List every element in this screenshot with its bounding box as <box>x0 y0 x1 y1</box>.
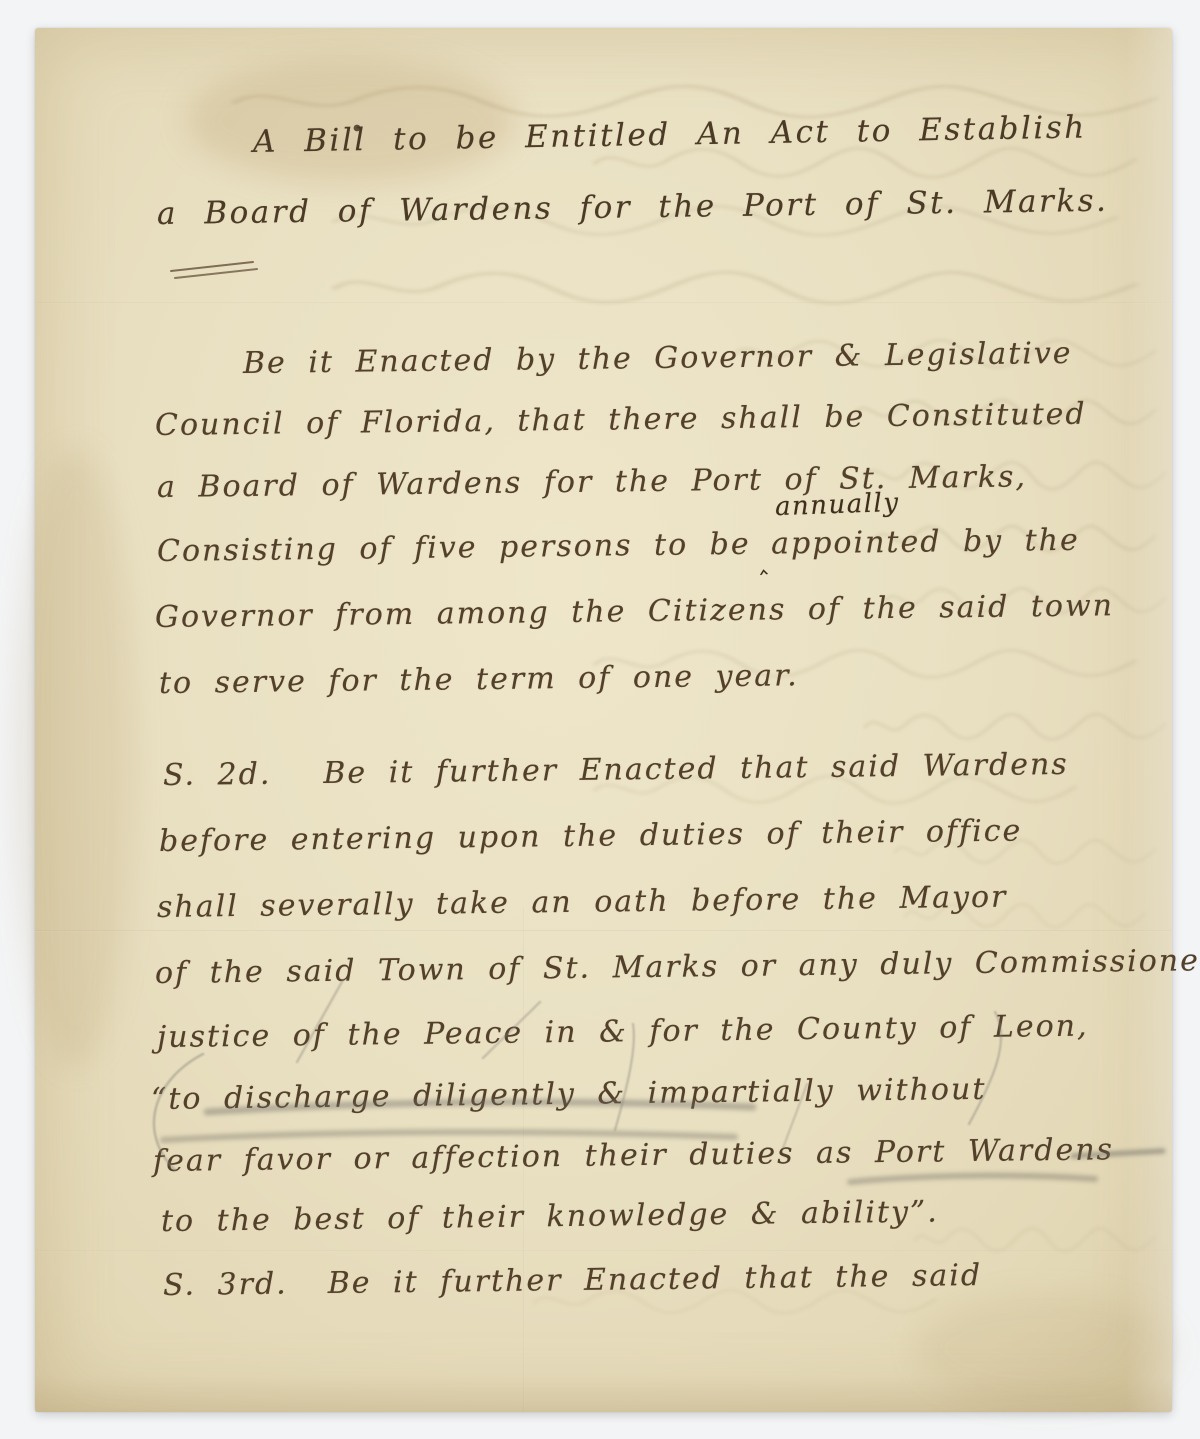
body-line: to serve for the term of one year. <box>159 658 799 701</box>
body-line: of the said Town of St. Marks or any dul… <box>155 943 1200 991</box>
paper-stain <box>15 448 135 1068</box>
line-text: Be it further Enacted that the said <box>328 1258 983 1301</box>
insertion-caret: ‸ <box>756 545 770 575</box>
title-line-2: a Board of Wardens for the Port of St. M… <box>157 183 1109 232</box>
title-underline-flourish <box>171 262 253 271</box>
body-line: before entering upon the duties of their… <box>159 813 1023 859</box>
body-line: fear favor or affection their duties as … <box>153 1132 1114 1179</box>
title-underline-flourish <box>175 269 257 278</box>
fold-crease <box>35 930 1172 932</box>
body-line: Council of Florida, that there shall be … <box>155 397 1087 443</box>
body-line: S. 3rd.Be it further Enacted that the sa… <box>163 1258 982 1303</box>
body-line: Be it Enacted by the Governor & Legislat… <box>243 336 1073 381</box>
scan-background: A Bill to be Entitled An Act to Establis… <box>0 0 1200 1439</box>
manuscript-page: A Bill to be Entitled An Act to Establis… <box>35 28 1172 1412</box>
paper-edge-shading <box>1126 28 1172 1412</box>
line-text: Consisting of five persons to be <box>157 527 751 569</box>
section-3-label: S. 3rd. <box>163 1266 288 1303</box>
ghost-lines <box>235 86 1165 1313</box>
ghost-line <box>865 714 1165 739</box>
body-line: “to discharge diligently & impartially w… <box>151 1072 987 1117</box>
section-2-label: S. 2d. <box>163 757 272 793</box>
body-line: S. 2d.Be it further Enacted that said Wa… <box>163 747 1069 793</box>
body-line: Governor from among the Citizens of the … <box>155 588 1114 635</box>
ghost-line <box>915 1228 1155 1251</box>
body-line: to the best of their knowledge & ability… <box>161 1194 939 1239</box>
line-text: Be it further Enacted that said Wardens <box>323 747 1069 791</box>
inserted-word-annually: annually <box>775 488 901 522</box>
body-line: Consisting of five persons to be‸appoint… <box>157 523 1080 569</box>
fold-crease <box>35 302 1172 304</box>
ghost-line <box>335 272 1135 303</box>
body-line: justice of the Peace in & for the County… <box>157 1009 1089 1055</box>
body-line: shall severally take an oath before the … <box>157 880 1008 925</box>
fold-crease <box>35 1250 1172 1252</box>
pencil-strikethrough <box>850 1176 1095 1182</box>
paper-edge-shading <box>35 1376 1172 1412</box>
line-text: appointed by the <box>771 523 1080 562</box>
